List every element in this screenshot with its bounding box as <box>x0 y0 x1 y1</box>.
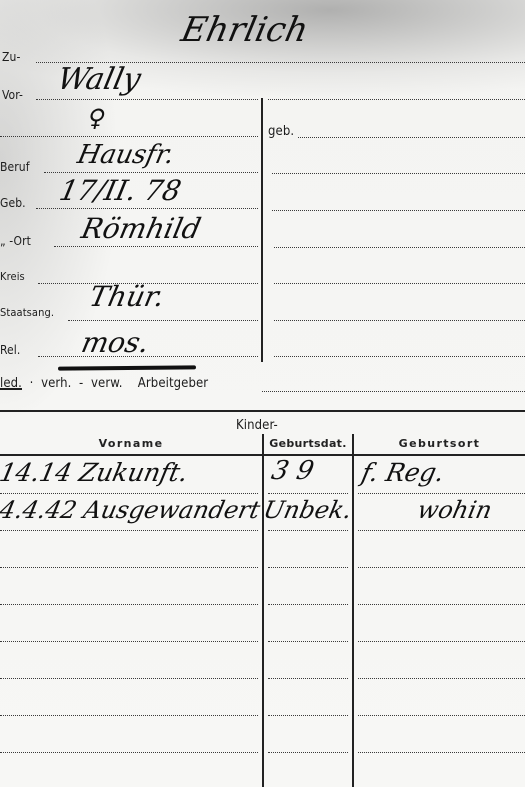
row-line <box>358 604 525 605</box>
birth-date-value: 17/II. 78 <box>56 174 184 207</box>
row-line <box>358 715 525 716</box>
given-name-line <box>36 99 258 100</box>
marital-status-row: led. · verh. - verw. Arbeitgeber <box>0 376 208 391</box>
section-divider <box>261 98 263 362</box>
marital-option-single: led. <box>0 376 22 391</box>
row-line <box>358 641 525 642</box>
row-line <box>358 678 525 679</box>
right-line-1 <box>298 137 525 138</box>
birth-place-value: Römhild <box>78 212 203 245</box>
occupation-line <box>44 172 258 173</box>
row-line <box>0 604 258 605</box>
row-line <box>358 752 525 753</box>
right-line-4 <box>274 247 525 248</box>
employer-label: Arbeitgeber <box>138 376 208 391</box>
cell-geburtsort: f. Reg. <box>359 458 447 487</box>
gender-mark: ♀ <box>85 104 108 132</box>
given-name-line-right <box>268 99 525 100</box>
birth-date-label: Geb. <box>0 196 26 210</box>
cell-vorname: 4.4.42 Ausgewandert <box>0 496 263 524</box>
occupation-value: Hausfr. <box>75 140 177 170</box>
religion-label: Rel. <box>0 343 20 357</box>
row-line <box>268 752 348 753</box>
row-line <box>0 530 258 531</box>
cell-geburtsdat: 3 9 <box>269 456 317 486</box>
row-line <box>358 567 525 568</box>
right-line-7 <box>274 356 525 357</box>
row-line <box>268 493 348 494</box>
row-line <box>0 752 258 753</box>
children-title: Kinder- <box>236 418 278 433</box>
row-line <box>268 641 348 642</box>
citizenship-line <box>68 320 258 321</box>
employer-line <box>262 391 525 392</box>
marital-option-married: verh. <box>41 376 71 391</box>
given-name-label: Vor- <box>2 88 23 102</box>
column-divider-2 <box>352 434 354 787</box>
geb-label: geb. <box>268 124 294 139</box>
row-line <box>268 604 348 605</box>
row-line <box>0 641 258 642</box>
blank-line <box>0 136 258 137</box>
row-line <box>268 530 348 531</box>
given-name-value: Wally <box>54 62 144 97</box>
surname-value: Ehrlich <box>178 10 312 50</box>
column-header-geburtsort: Geburtsort <box>354 437 525 450</box>
row-line <box>268 678 348 679</box>
row-line <box>268 715 348 716</box>
religion-value: mos. <box>78 326 152 359</box>
right-line-2 <box>272 173 525 174</box>
birth-date-line <box>36 208 258 209</box>
separator: - <box>79 376 83 391</box>
column-header-geburtsdat: Geburtsdat. <box>264 437 352 450</box>
birth-place-label: „ -Ort <box>0 234 31 248</box>
row-line <box>0 567 258 568</box>
registration-card: Ehrlich Zu- Wally Vor- ♀ Beruf Hausfr. G… <box>0 0 525 787</box>
row-line <box>0 678 258 679</box>
religion-underline <box>58 365 196 370</box>
row-line <box>0 715 258 716</box>
occupation-label: Beruf <box>0 160 30 174</box>
cell-vorname: 14.14 Zukunft. <box>0 458 191 487</box>
marital-option-widowed: verw. <box>91 376 123 391</box>
cell-geburtsdat: Unbek. <box>261 496 354 524</box>
table-top-rule <box>0 410 525 412</box>
row-line <box>358 530 525 531</box>
row-line <box>268 567 348 568</box>
surname-label: Zu- <box>2 50 20 64</box>
birth-place-line <box>54 246 258 247</box>
cell-geburtsort: wohin <box>415 496 495 524</box>
right-line-5 <box>274 283 525 284</box>
right-line-6 <box>274 320 525 321</box>
row-line <box>0 493 258 494</box>
column-header-vorname: Vorname <box>0 437 262 450</box>
right-line-3 <box>272 210 525 211</box>
row-line <box>358 493 525 494</box>
citizenship-label: Staatsang. <box>0 306 54 319</box>
district-label: Kreis <box>0 270 25 283</box>
religion-line <box>38 356 258 357</box>
citizenship-value: Thür. <box>86 280 167 313</box>
column-divider-1 <box>262 434 264 787</box>
